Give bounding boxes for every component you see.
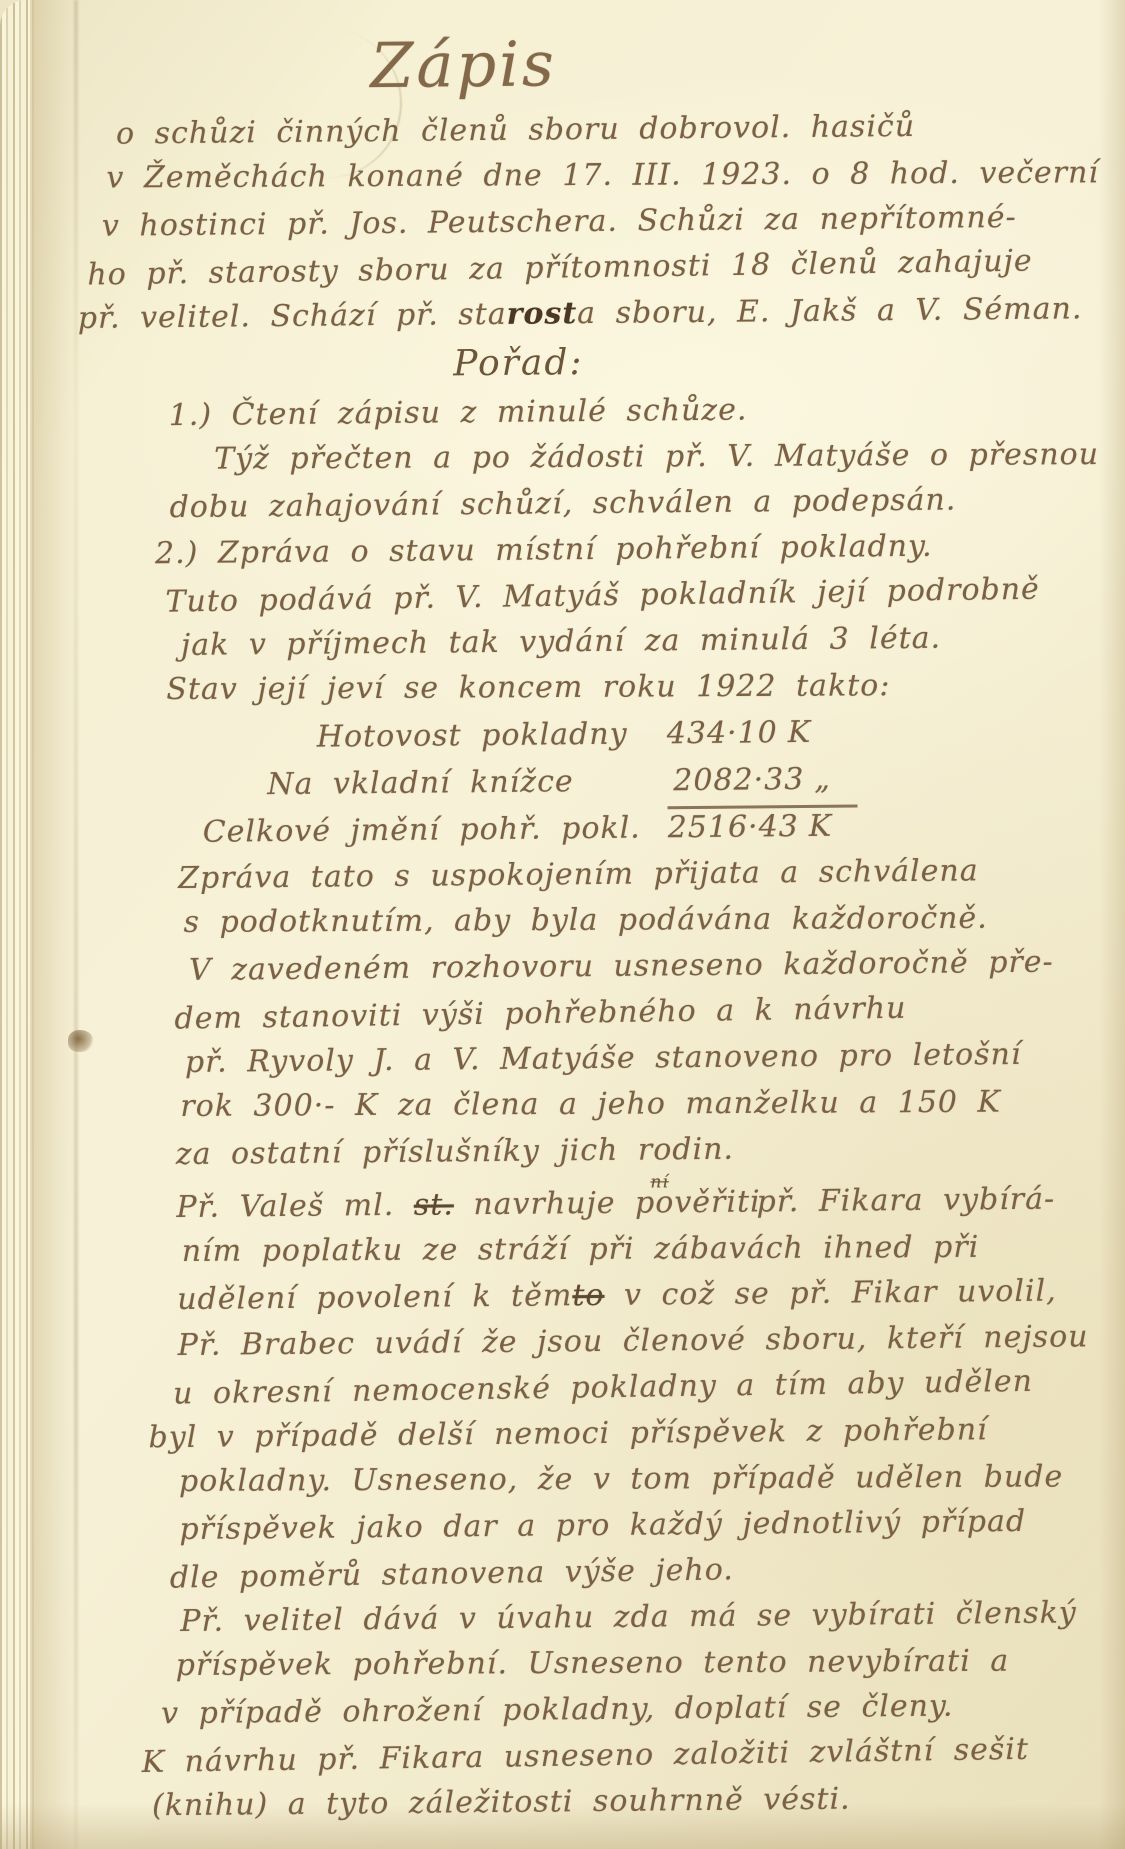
account-amount: 2516·43K (667, 803, 832, 852)
struck-word: st. (414, 1187, 454, 1222)
text-line-with-strike: Př. Valeš ml. st. navrhuje pověřitiní př… (176, 1169, 1116, 1231)
text-line: příspěvek pohřební. Usneseno tento nevyb… (176, 1638, 1121, 1689)
account-row-total: Celkové jmění pohř. pokl. 2516·43K (78, 800, 1113, 857)
currency-symbol: K (809, 809, 833, 844)
text-line: Zpráva tato s uspokojením přijata a schv… (178, 847, 1113, 902)
account-label: Na vkladní knížce (267, 764, 574, 802)
currency-symbol: K (788, 715, 812, 750)
page-title: Zápis (370, 16, 1106, 109)
text-line: Stav její jeví se koncem roku 1922 takto… (166, 662, 1111, 713)
page-edge-stack (0, 0, 34, 1849)
account-amount-underlined: 2082·33„ (667, 755, 857, 809)
overwritten-correction: rost (506, 296, 577, 332)
ditto-mark: „ (814, 762, 831, 797)
intro-line-post: a sboru, E. Jakš a V. Séman. (577, 291, 1083, 331)
intro-line: o schůzi činných členů sboru dobrovol. h… (116, 102, 1106, 158)
struck-word: to (572, 1278, 604, 1313)
agenda-item-line: 1.) Čtení zápisu z minulé schůze. (169, 384, 1109, 439)
text-line: ním poplatku ze stráží při zábavách ihne… (182, 1224, 1117, 1275)
account-label: Celkové jmění pohř. pokl. (203, 811, 641, 850)
account-amount: 434·10K (667, 709, 812, 757)
account-label: Hotovost pokladny (317, 717, 628, 755)
handwritten-content: Zápis o schůzi činných členů sboru dobro… (70, 16, 1122, 1830)
inserted-correction: ní (650, 1172, 669, 1192)
text-line: pokladny. Usneseno, že v tom případě udě… (179, 1454, 1119, 1505)
agenda-heading: Pořad: (453, 332, 1108, 390)
text-line: s podotknutím, aby byla podávána každoro… (183, 895, 1113, 946)
intro-line: v Žeměchách konané dne 17. III. 1923. o … (106, 150, 1106, 201)
scanned-document-page: Zápis o schůzi činných členů sboru dobro… (0, 0, 1125, 1849)
intro-line-pre: př. velitel. Schází př. sta (78, 297, 507, 336)
text-line: Týž přečten a po žádosti př. V. Matyáše … (214, 432, 1109, 483)
text-line: rok 300·- K za člena a jeho manželku a 1… (180, 1079, 1115, 1130)
page-edge-shadow (30, 0, 78, 1849)
